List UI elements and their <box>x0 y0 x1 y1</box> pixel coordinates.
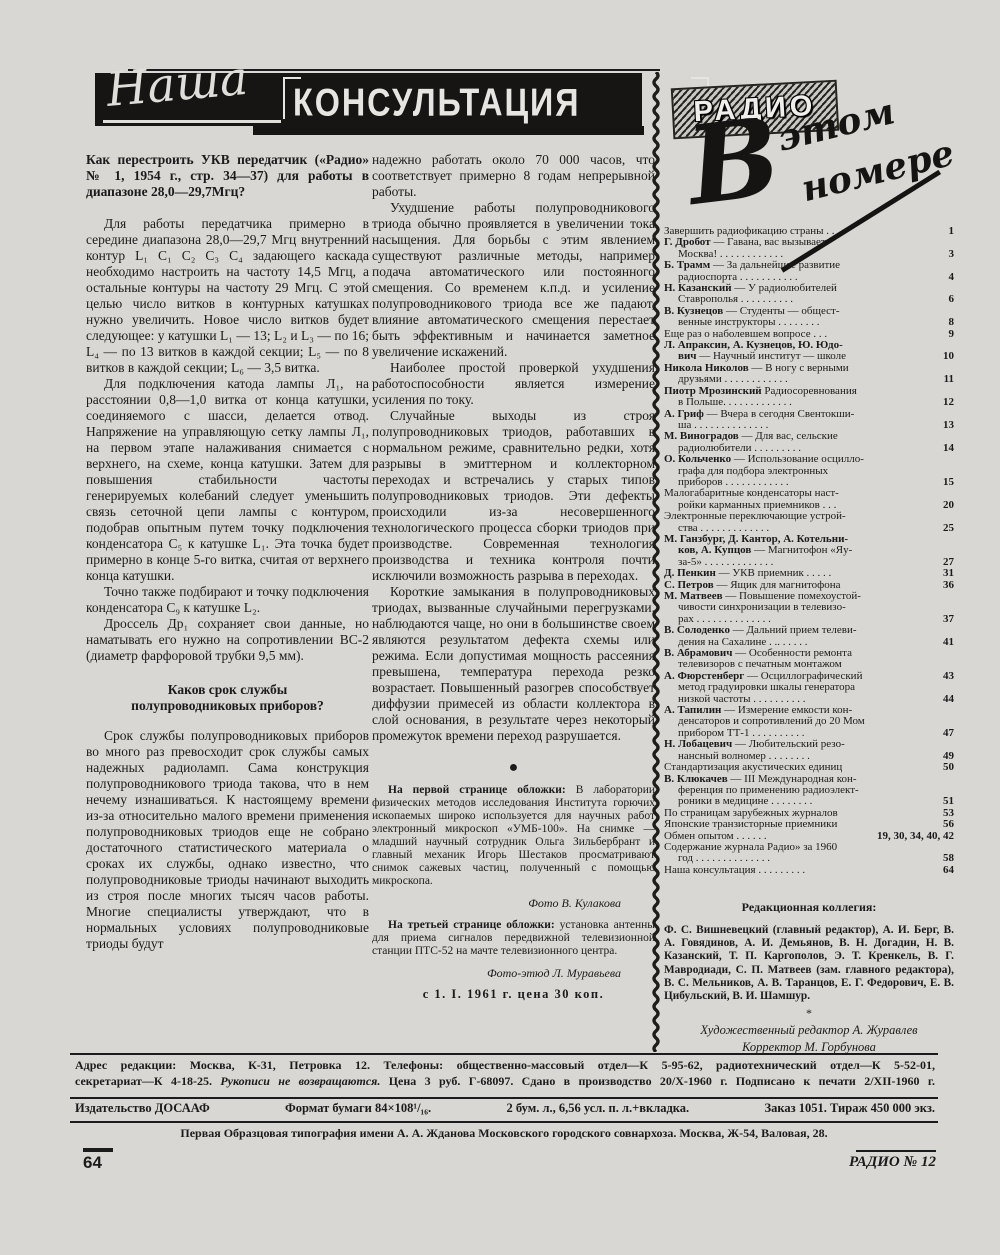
paper-format: Формат бумаги 84×108¹/₁₆. <box>285 1101 431 1116</box>
toc-page-number: 19, 30, 34, 40, 42 <box>873 831 954 842</box>
order-tirage: Заказ 1051. Тираж 450 000 экз. <box>765 1101 935 1116</box>
masthead-bar: Наша КОНСУЛЬТАЦИЯ <box>95 73 642 126</box>
paragraph: Для работы передатчика примерно в середи… <box>86 216 369 376</box>
footer-text: Цена 3 руб. Г-68097. Сдано в производств… <box>380 1074 935 1088</box>
paragraph: Ухудшение работы полупроводникового трио… <box>372 200 655 360</box>
toc-page-number: 15 <box>939 477 954 488</box>
issue-label-line <box>856 1150 936 1152</box>
toc-page-number: 9 <box>945 329 955 340</box>
toc-entry-text: венные инструкторы . . . . . . . . <box>678 317 945 328</box>
paragraph: Дроссель Др₁ сохраняет свои данные, но н… <box>86 616 369 664</box>
toc-entry-text: В. Солоденко — Дальний прием телеви- <box>664 625 954 636</box>
toc-page-number: 36 <box>939 580 954 591</box>
toc-line: Электронные переключающие устрой- <box>664 511 954 522</box>
toc-line: Н. Лобацевич — Любительский резо- <box>664 739 954 750</box>
toc-line: Японские транзисторные приемники56 <box>664 819 954 830</box>
paragraph: ● <box>372 760 655 776</box>
editorial-star: * <box>664 1006 954 1021</box>
wavy-divider <box>650 72 662 1052</box>
paragraph: Точно также подбирают и точку подключени… <box>86 584 369 616</box>
footer-address-block: Адрес редакции: Москва, К-31, Петровка 1… <box>75 1057 935 1089</box>
toc-entry-text: Японские транзисторные приемники <box>664 819 939 830</box>
editorial-members: Ф. С. Вишневецкий (главный редактор), А.… <box>664 924 954 1003</box>
toc-entry-text: М. Виноградов — Для вас, сельские <box>664 431 954 442</box>
toc-entry-text: в Польше. . . . . . . . . . . . . <box>678 397 939 408</box>
footer-rule-1 <box>70 1053 938 1055</box>
heading: Как перестроить УКВ передатчик («Радио» … <box>86 152 369 200</box>
toc-entry-text: Электронные переключающие устрой- <box>664 511 954 522</box>
toc-page-number: 4 <box>945 272 955 283</box>
printer-line: Первая Образцовая типография имени А. А.… <box>70 1126 938 1141</box>
toc-page-number: 64 <box>939 865 954 876</box>
footer-imprint-row: Издательство ДОСААФ Формат бумаги 84×108… <box>75 1101 935 1116</box>
art-editor-line: Художественный редактор А. Журавлев <box>664 1022 954 1039</box>
toc-line: в Польше. . . . . . . . . . . . .12 <box>664 397 954 408</box>
toc-page-number: 47 <box>939 728 954 739</box>
paragraph: надежно работать около 70 000 часов, что… <box>372 152 655 200</box>
masthead-substrip <box>253 126 644 135</box>
toc-page-number: 14 <box>939 443 954 454</box>
toc-page-number: 8 <box>945 317 955 328</box>
toc-page-number: 50 <box>939 762 954 773</box>
toc-page-number: 37 <box>939 614 954 625</box>
toc-page-number: 6 <box>945 294 955 305</box>
toc-page-number: 20 <box>939 500 954 511</box>
footer-address-line2: секретариат—К 4-18-25. Рукописи не возвр… <box>75 1073 935 1089</box>
toc-entry-text: О. Кольченко — Использование осцилло- <box>664 454 954 465</box>
masthead-script-word: Наша <box>104 51 250 118</box>
toc-page-number: 10 <box>939 351 954 362</box>
toc-page-number: 1 <box>945 226 955 237</box>
footer-rule-2 <box>70 1097 938 1099</box>
masthead-title: КОНСУЛЬТАЦИЯ <box>293 80 580 125</box>
publisher: Издательство ДОСААФ <box>75 1101 210 1116</box>
toc-page-number: 43 <box>939 671 954 682</box>
paragraph: Для подключения катода лампы Л₁, на расс… <box>86 376 369 584</box>
toc-entry-text: Н. Лобацевич — Любительский резо- <box>664 739 954 750</box>
article-column-left: Как перестроить УКВ передатчик («Радио» … <box>86 152 369 952</box>
toc-line: роники в медицине . . . . . . . .51 <box>664 796 954 807</box>
paragraph: Случайные выходы из строя полупроводнико… <box>372 408 655 584</box>
paragraph: Короткие замыкания в полупроводниковых т… <box>372 584 655 744</box>
logo-script-letter: В <box>682 103 786 221</box>
page-number-bar <box>83 1148 113 1152</box>
manuscripts-notice: Рукописи не возвращаются. <box>220 1074 380 1088</box>
paragraph: Фото-этюд Л. Муравьева <box>372 965 621 981</box>
editorial-heading: Редакционная коллегия: <box>664 900 954 915</box>
issue-label: РАДИО № 12 <box>849 1154 936 1171</box>
table-of-contents: Завершить радиофикацию страны . .1Г. Дро… <box>664 226 954 876</box>
page-number: 64 <box>83 1153 102 1173</box>
toc-page-number: 44 <box>939 694 954 705</box>
magazine-page: Наша КОНСУЛЬТАЦИЯ РАДИО В этом номере Ка… <box>0 0 1000 1255</box>
toc-page-number: 51 <box>939 796 954 807</box>
print-volume: 2 бум. л., 6,56 усл. п. л.+вкладка. <box>506 1101 689 1116</box>
footer-text: секретариат—К 4-18-25. <box>75 1074 220 1088</box>
toc-entry-text: Наша консультация . . . . . . . . . <box>664 865 939 876</box>
paragraph: Наиболее простой проверкой ухудшения раб… <box>372 360 655 408</box>
paragraph: с 1. I. 1961 г. цена 30 коп. <box>372 986 655 1002</box>
footer-rule-3 <box>70 1121 938 1123</box>
paragraph: Фото В. Кулакова <box>372 895 621 911</box>
heading: Каков срок службы полупроводниковых приб… <box>86 682 369 714</box>
paragraph: На первой странице обложки: В лаборатори… <box>372 784 655 888</box>
toc-entry-text: метод градуировки шкалы генератора <box>678 682 954 693</box>
toc-page-number: 13 <box>939 420 954 431</box>
toc-entry-text: Б. Трамм — За дальнейшее развитие <box>664 260 954 271</box>
toc-page-number: 41 <box>939 637 954 648</box>
toc-page-number: 56 <box>939 819 954 830</box>
toc-line: О. Кольченко — Использование осцилло- <box>664 454 954 465</box>
footer-address-line1: Адрес редакции: Москва, К-31, Петровка 1… <box>75 1057 935 1073</box>
toc-line: М. Виноградов — Для вас, сельские <box>664 431 954 442</box>
toc-entry-text: роники в медицине . . . . . . . . <box>678 796 939 807</box>
toc-line: Наша консультация . . . . . . . . .64 <box>664 865 954 876</box>
paragraph: На третьей странице обложки: установка а… <box>372 919 655 958</box>
toc-line: метод градуировки шкалы генератора <box>664 682 954 693</box>
masthead-script-underline <box>103 120 281 123</box>
toc-line: Б. Трамм — За дальнейшее развитие <box>664 260 954 271</box>
article-column-middle: надежно работать около 70 000 часов, что… <box>372 152 655 1002</box>
paragraph: Срок службы полупроводниковых приборов в… <box>86 728 369 952</box>
toc-page-number: 25 <box>939 523 954 534</box>
toc-page-number: 11 <box>940 374 954 385</box>
toc-page-number: 3 <box>945 249 955 260</box>
toc-line: В. Солоденко — Дальний прием телеви- <box>664 625 954 636</box>
toc-page-number: 31 <box>939 568 954 579</box>
toc-page-number: 12 <box>939 397 954 408</box>
toc-line: венные инструкторы . . . . . . . .8 <box>664 317 954 328</box>
editorial-board: Редакционная коллегия: Ф. С. Вишневецкий… <box>664 900 954 1056</box>
